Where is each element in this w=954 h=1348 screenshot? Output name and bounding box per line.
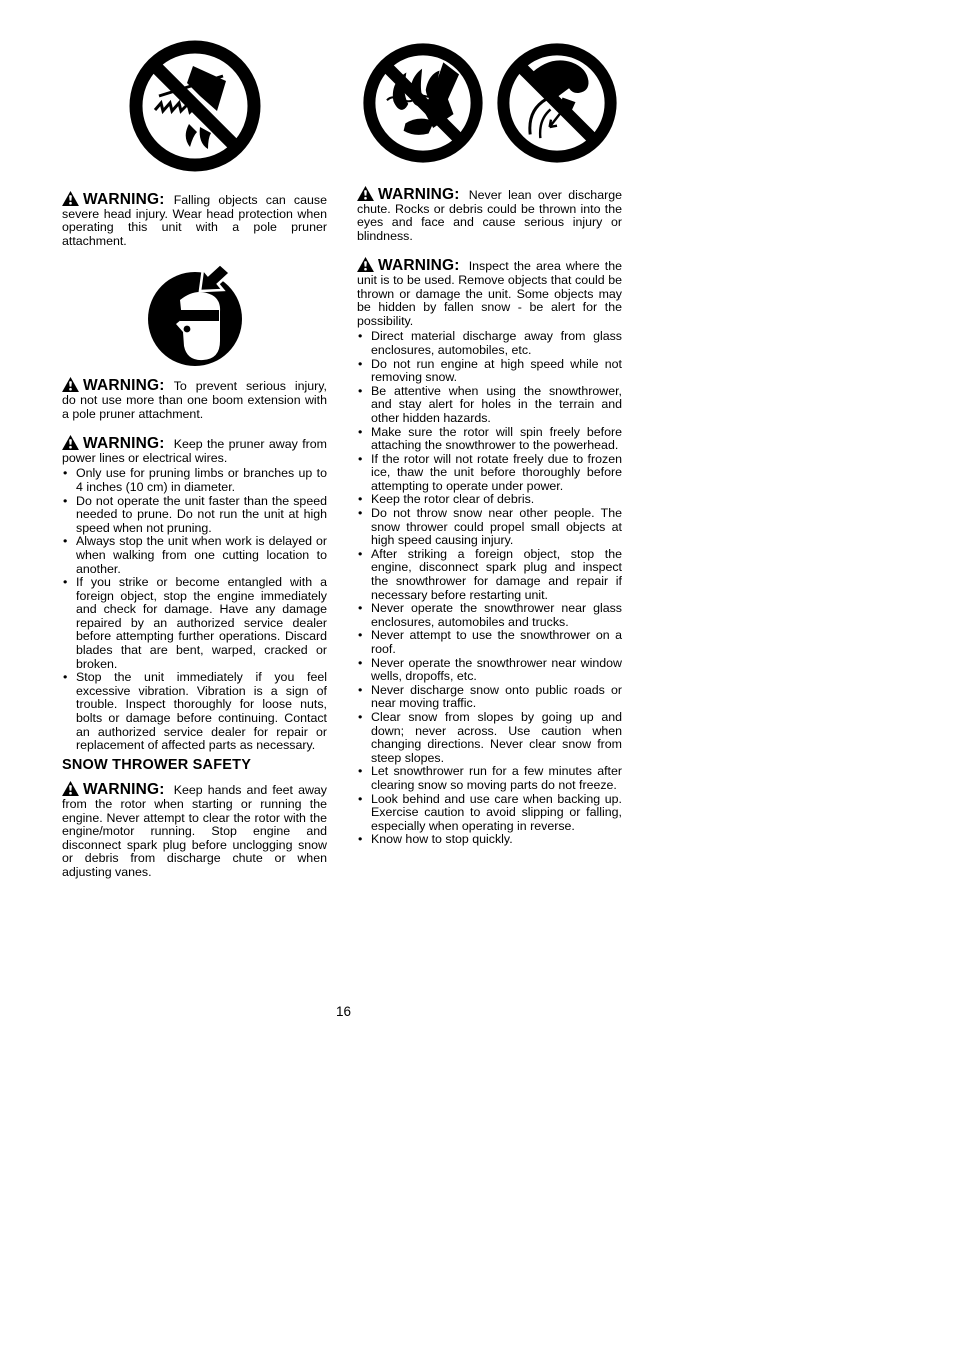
bullet-item: After striking a foreign object, stop th… — [357, 548, 622, 602]
warning-triangle-icon — [62, 377, 79, 392]
warning-label: WARNING: — [62, 377, 165, 394]
bullet-item: Never discharge snow onto public roads o… — [357, 684, 622, 711]
warning-label: WARNING: — [62, 191, 165, 208]
no-saw-contact-icon — [62, 40, 327, 172]
warning-paragraph: WARNING:Keep the pruner away from power … — [62, 435, 327, 465]
bullet-item: Make sure the rotor will spin freely bef… — [357, 426, 622, 453]
warning-word: WARNING: — [378, 186, 460, 203]
warning-triangle-icon — [357, 186, 374, 201]
bullet-item: If the rotor will not rotate freely due … — [357, 453, 622, 494]
warning-label: WARNING: — [357, 257, 460, 274]
warning-paragraph: WARNING:To prevent serious injury, do no… — [62, 377, 327, 421]
snow-thrower-safety-bullet-list: Direct material discharge away from glas… — [357, 330, 622, 847]
warning-paragraph: WARNING:Never lean over discharge chute.… — [357, 186, 622, 243]
bullet-item: Do not run engine at high speed while no… — [357, 358, 622, 385]
no-hand-in-rotor-icon — [362, 42, 484, 164]
warning-paragraph: WARNING:Falling objects can cause severe… — [62, 191, 327, 248]
bullet-item: Clear snow from slopes by going up and d… — [357, 711, 622, 765]
warning-paragraph: WARNING:Inspect the area where the unit … — [357, 257, 622, 328]
warning-word: WARNING: — [83, 435, 165, 452]
left-column: WARNING:Falling objects can cause severe… — [62, 0, 327, 894]
manual-page: WARNING:Falling objects can cause severe… — [0, 0, 954, 1348]
warning-triangle-icon — [62, 191, 79, 206]
prohibition-icon-pair — [357, 42, 622, 164]
bullet-item: Never attempt to use the snowthrower on … — [357, 629, 622, 656]
warning-label: WARNING: — [62, 781, 165, 798]
bullet-item: Always stop the unit when work is delaye… — [62, 535, 327, 576]
pruner-safety-bullet-list: Only use for pruning limbs or branches u… — [62, 467, 327, 752]
bullet-item: Only use for pruning limbs or branches u… — [62, 467, 327, 494]
bullet-item: Know how to stop quickly. — [357, 833, 622, 847]
warning-word: WARNING: — [83, 191, 165, 208]
bullet-item: Do not operate the unit faster than the … — [62, 495, 327, 536]
no-lean-over-chute-icon — [496, 42, 618, 164]
warning-label: WARNING: — [357, 186, 460, 203]
warning-word: WARNING: — [378, 257, 460, 274]
bullet-item: Never operate the snowthrower near windo… — [357, 657, 622, 684]
warning-paragraph: WARNING:Keep hands and feet away from th… — [62, 781, 327, 879]
warning-text: Keep hands and feet away from the rotor … — [62, 783, 327, 879]
bullet-item: Be attentive when using the snowthrower,… — [357, 385, 622, 426]
bullet-item: Look behind and use care when backing up… — [357, 793, 622, 834]
bullet-item: Never operate the snowthrower near glass… — [357, 602, 622, 629]
bullet-item: Do not throw snow near other people. The… — [357, 507, 622, 548]
page-number: 16 — [336, 1004, 351, 1019]
bullet-item: If you strike or become entangled with a… — [62, 576, 327, 671]
right-column: WARNING:Never lean over discharge chute.… — [357, 0, 622, 853]
warning-triangle-icon — [62, 781, 79, 796]
bullet-item: Stop the unit immediately if you feel ex… — [62, 671, 327, 753]
bullet-item: Direct material discharge away from glas… — [357, 330, 622, 357]
wear-head-protection-icon — [62, 262, 327, 368]
bullet-item: Keep the rotor clear of debris. — [357, 493, 622, 507]
section-heading-snow-thrower-safety: SNOW THROWER SAFETY — [62, 759, 327, 773]
warning-word: WARNING: — [83, 781, 165, 798]
bullet-item: Let snowthrower run for a few minutes af… — [357, 765, 622, 792]
warning-triangle-icon — [62, 435, 79, 450]
warning-word: WARNING: — [83, 377, 165, 394]
warning-label: WARNING: — [62, 435, 165, 452]
warning-triangle-icon — [357, 257, 374, 272]
